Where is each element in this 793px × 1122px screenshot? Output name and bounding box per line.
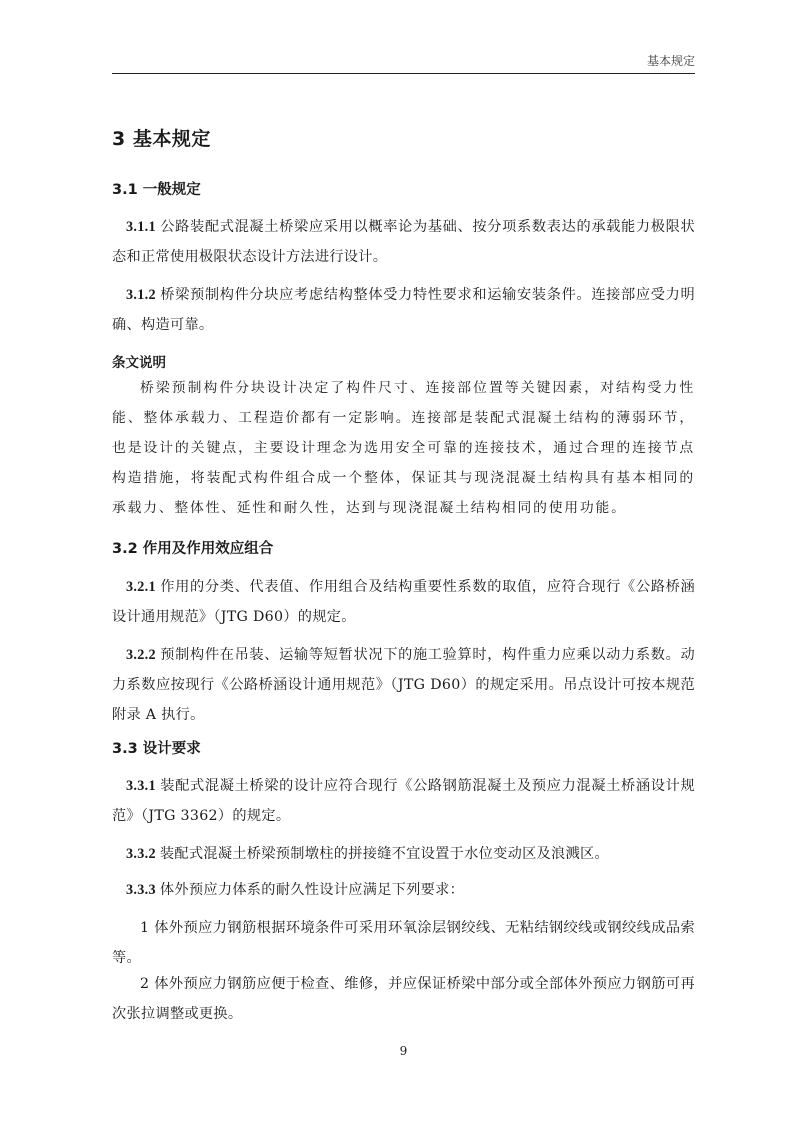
- clause-text: 体外预应力体系的耐久性设计应满足下列要求：: [160, 882, 464, 898]
- clause-3-1-2: 3.1.2桥梁预制构件分块应考虑结构整体受力特性要求和运输安装条件。连接部应受力…: [112, 280, 695, 340]
- list-item-2: 2 体外预应力钢筋应便于检查、维修，并应保证桥梁中部分或全部体外预应力钢筋可再次…: [112, 969, 695, 1029]
- clause-number: 3.2.2: [126, 647, 156, 663]
- clause-number: 3.2.1: [126, 579, 156, 595]
- clause-3-1-1: 3.1.1公路装配式混凝土桥梁应采用以概率论为基础、按分项系数表达的承载能力极限…: [112, 212, 695, 272]
- commentary-title: 条文说明: [112, 351, 166, 371]
- list-item-1: 1 体外预应力钢筋根据环境条件可采用环氧涂层钢绞线、无粘结钢绞线或钢绞线成品索等…: [112, 913, 695, 973]
- clause-3-3-2: 3.3.2装配式混凝土桥梁预制墩柱的拼接缝不宜设置于水位变动区及浪溅区。: [112, 839, 695, 869]
- clause-number: 3.1.1: [126, 219, 156, 235]
- clause-number: 3.3.2: [126, 846, 156, 862]
- clause-text: 桥梁预制构件分块应考虑结构整体受力特性要求和运输安装条件。连接部应受力明确、构造…: [112, 287, 695, 333]
- running-title: 基本规定: [647, 52, 695, 69]
- clause-number: 3.1.2: [126, 287, 156, 303]
- clause-text: 预制构件在吊装、运输等短暂状况下的施工验算时，构件重力应乘以动力系数。动力系数应…: [112, 647, 695, 723]
- clause-text: 作用的分类、代表值、作用组合及结构重要性系数的取值，应符合现行《公路桥涵设计通用…: [112, 579, 695, 625]
- clause-3-2-1: 3.2.1作用的分类、代表值、作用组合及结构重要性系数的取值，应符合现行《公路桥…: [112, 572, 695, 632]
- page-number: 9: [112, 1044, 695, 1058]
- clause-3-3-1: 3.3.1装配式混凝土桥梁的设计应符合现行《公路钢筋混凝土及预应力混凝土桥涵设计…: [112, 771, 695, 831]
- section-title-3-2: 3.2 作用及作用效应组合: [112, 537, 273, 558]
- clause-text: 装配式混凝土桥梁预制墩柱的拼接缝不宜设置于水位变动区及浪溅区。: [160, 846, 609, 862]
- clause-text: 公路装配式混凝土桥梁应采用以概率论为基础、按分项系数表达的承载能力极限状态和正常…: [112, 219, 695, 265]
- clause-number: 3.3.3: [126, 882, 156, 898]
- section-title-3-1: 3.1 一般规定: [112, 178, 201, 199]
- clause-3-2-2: 3.2.2预制构件在吊装、运输等短暂状况下的施工验算时，构件重力应乘以动力系数。…: [112, 640, 695, 730]
- clause-text: 装配式混凝土桥梁的设计应符合现行《公路钢筋混凝土及预应力混凝土桥涵设计规范》（J…: [112, 778, 695, 824]
- chapter-title: 3 基本规定: [112, 124, 211, 151]
- commentary-body: 桥梁预制构件分块设计决定了构件尺寸、连接部位置等关键因素，对结构受力性能、整体承…: [112, 373, 695, 523]
- section-title-3-3: 3.3 设计要求: [112, 737, 201, 758]
- clause-number: 3.3.1: [126, 778, 156, 794]
- header-rule: [112, 73, 695, 74]
- clause-3-3-3: 3.3.3体外预应力体系的耐久性设计应满足下列要求：: [112, 875, 695, 905]
